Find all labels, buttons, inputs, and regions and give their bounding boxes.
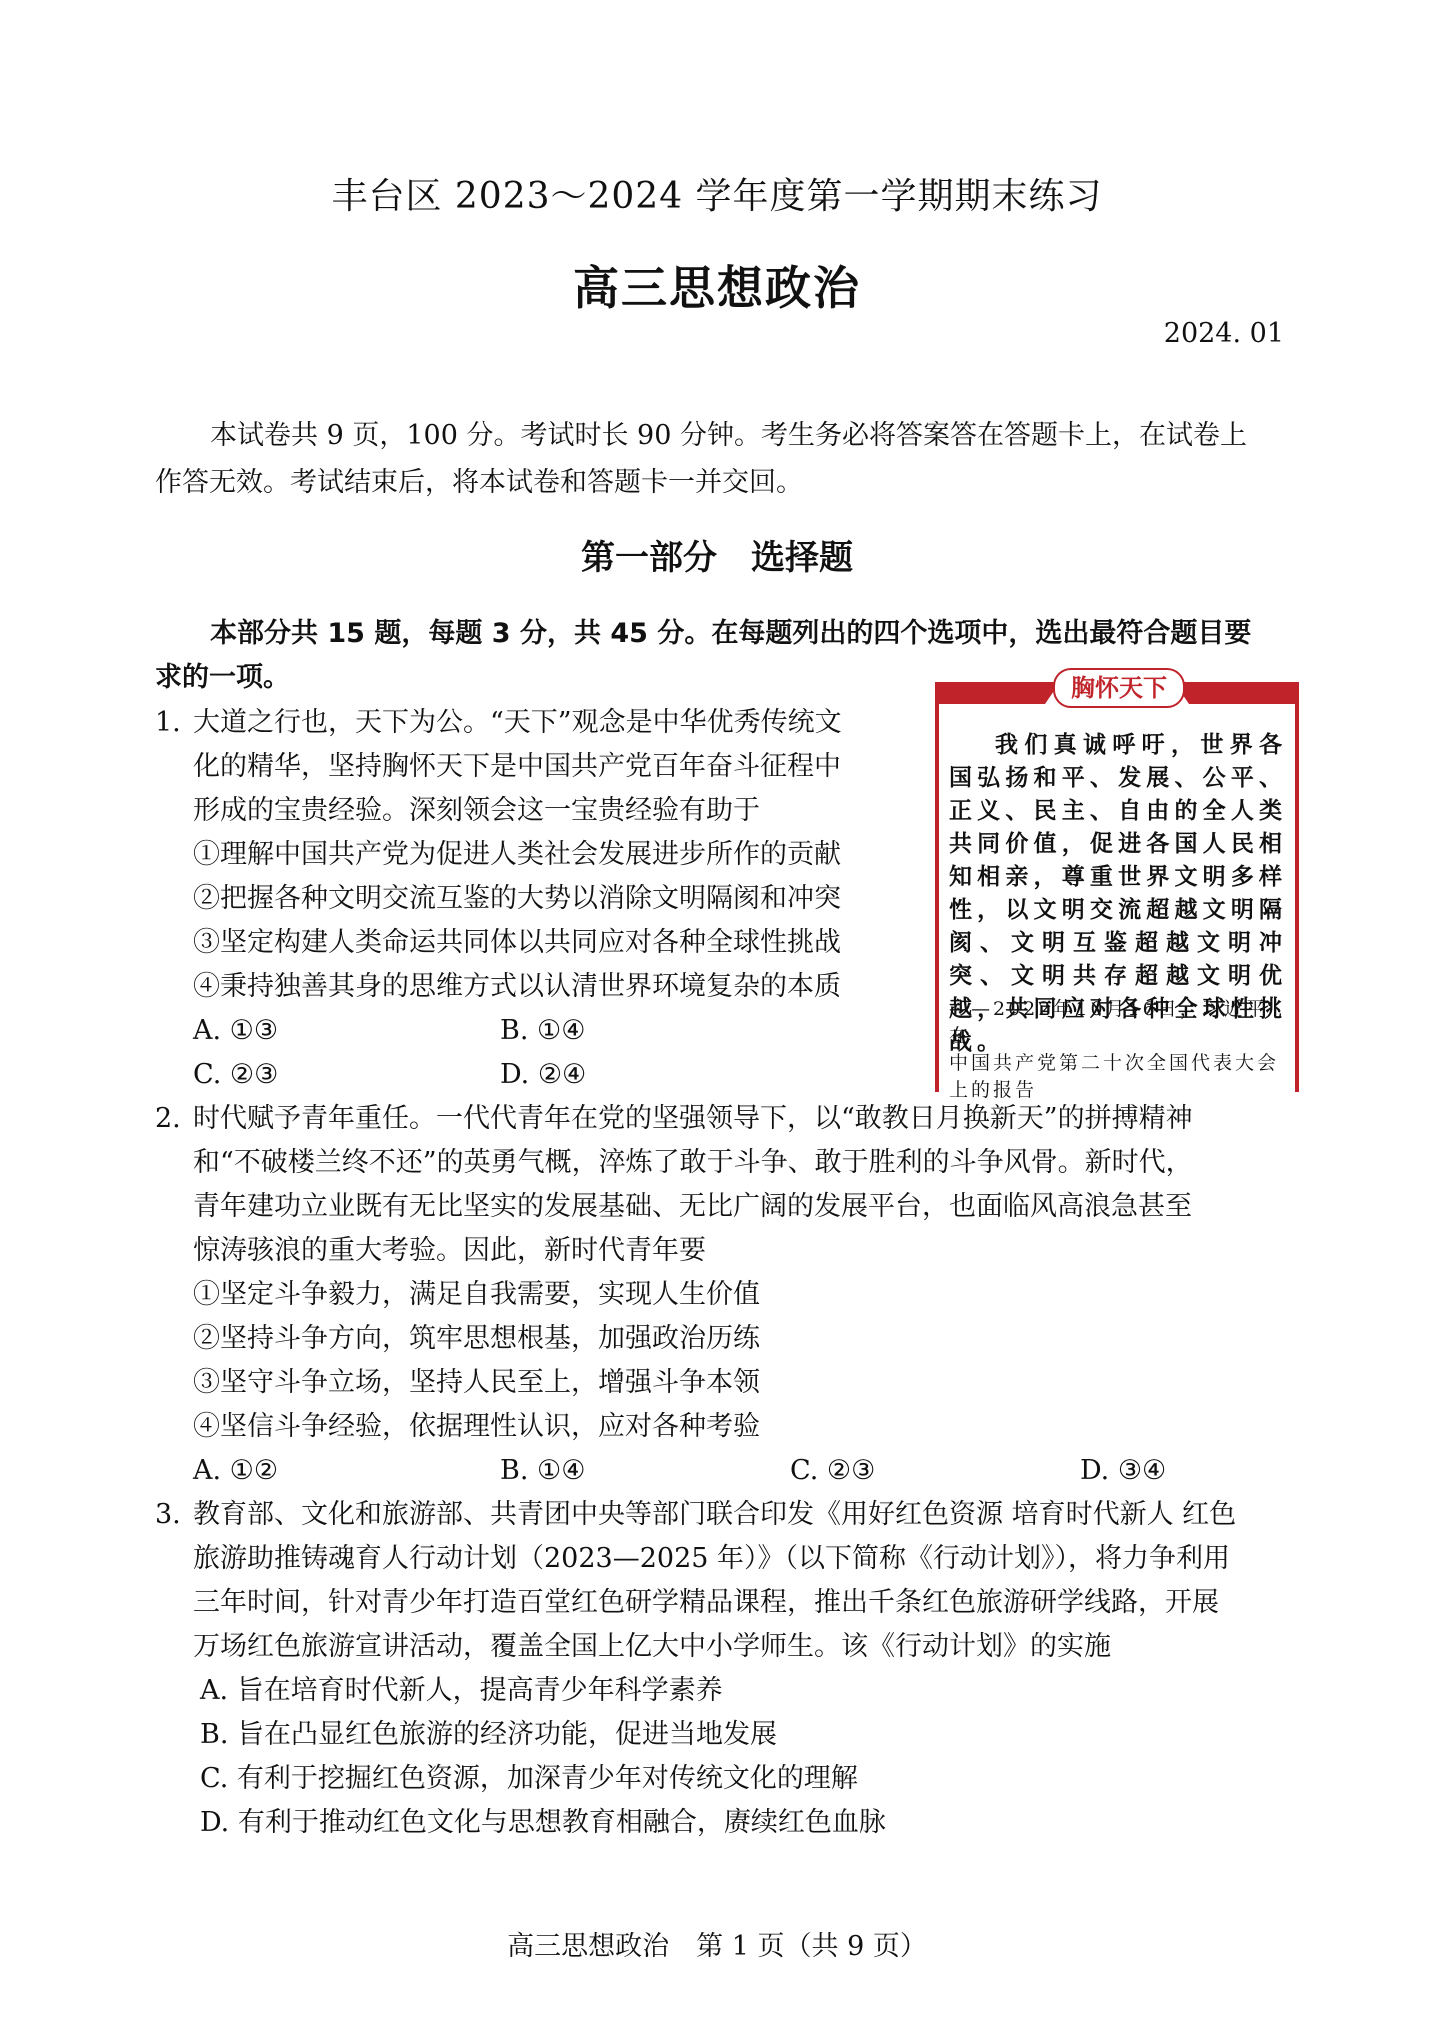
page-footer: 高三思想政治 第 1 页（共 9 页） <box>0 1924 1434 1963</box>
quote-border-right <box>1295 682 1299 1092</box>
quote-source-line-2: 中国共产党第二十次全国代表大会 <box>949 1050 1287 1077</box>
question-stem-line: 化的精华，坚持胸怀天下是中国共产党百年奋斗征程中 <box>193 745 841 789</box>
question-number: 1. <box>155 701 181 745</box>
quote-source-line-1: ——2022年10月16日，习近平在 <box>949 996 1287 1050</box>
section-title: 第一部分 选择题 <box>0 530 1434 579</box>
quote-sidebar: 我们真诚呼吁，世界各国弘扬和平、发展、公平、正义、民主、自由的全人类共同价值，促… <box>935 682 1299 1092</box>
question-stem-line: 大道之行也，天下为公。“天下”观念是中华优秀传统文 <box>193 701 842 745</box>
statement-1: ①坚定斗争毅力，满足自我需要，实现人生价值 <box>193 1273 760 1317</box>
statement-3: ③坚守斗争立场，坚持人民至上，增强斗争本领 <box>193 1361 760 1405</box>
question-stem-line: 和“不破楼兰终不还”的英勇气概，淬炼了敢于斗争、敢于胜利的斗争风骨。新时代， <box>193 1141 1193 1185</box>
option-d[interactable]: D. ③④ <box>1080 1449 1166 1493</box>
quote-tag: 胸怀天下 <box>1053 668 1185 708</box>
option-a[interactable]: A. 旨在培育时代新人，提高青少年科学素养 <box>200 1669 723 1713</box>
question-number: 2. <box>155 1097 181 1141</box>
option-b[interactable]: B. ①④ <box>500 1449 585 1493</box>
option-b[interactable]: B. ①④ <box>500 1009 585 1053</box>
exam-header-title: 丰台区 2023～2024 学年度第一学期期末练习 <box>0 168 1434 219</box>
option-d[interactable]: D. ②④ <box>500 1053 586 1097</box>
statement-1: ①理解中国共产党为促进人类社会发展进步所作的贡献 <box>193 833 841 877</box>
question-stem-line: 惊涛骇浪的重大考验。因此，新时代青年要 <box>193 1229 706 1273</box>
quote-body: 我们真诚呼吁，世界各国弘扬和平、发展、公平、正义、民主、自由的全人类共同价值，促… <box>939 704 1295 1092</box>
option-b[interactable]: B. 旨在凸显红色旅游的经济功能，促进当地发展 <box>200 1713 777 1757</box>
question-stem-line: 三年时间，针对青少年打造百堂红色研学精品课程，推出千条红色旅游研学线路，开展 <box>193 1581 1219 1625</box>
question-stem-line: 旅游助推铸魂育人行动计划（2023—2025 年）》（以下简称《行动计划》），将… <box>193 1537 1230 1581</box>
statement-2: ②坚持斗争方向，筑牢思想根基，加强政治历练 <box>193 1317 760 1361</box>
question-stem-line: 万场红色旅游宣讲活动，覆盖全国上亿大中小学师生。该《行动计划》的实施 <box>193 1625 1111 1669</box>
statement-4: ④坚信斗争经验，依据理性认识，应对各种考验 <box>193 1405 760 1449</box>
exam-date: 2024. 01 <box>1164 318 1284 349</box>
statement-4: ④秉持独善其身的思维方式以认清世界环境复杂的本质 <box>193 965 841 1009</box>
question-number: 3. <box>155 1493 181 1537</box>
option-a[interactable]: A. ①② <box>193 1449 278 1493</box>
question-stem-line: 青年建功立业既有无比坚实的发展基础、无比广阔的发展平台，也面临风高浪急甚至 <box>193 1185 1192 1229</box>
instructions-line-2: 作答无效。考试结束后，将本试卷和答题卡一并交回。 <box>155 461 803 505</box>
question-stem-line: 形成的宝贵经验。深刻领会这一宝贵经验有助于 <box>193 789 760 833</box>
option-c[interactable]: C. ②③ <box>193 1053 278 1097</box>
question-stem-line: 教育部、文化和旅游部、共青团中央等部门联合印发《用好红色资源 培育时代新人 红色 <box>193 1493 1236 1537</box>
quote-band-right <box>1174 682 1299 704</box>
statement-3: ③坚定构建人类命运共同体以共同应对各种全球性挑战 <box>193 921 841 965</box>
option-a[interactable]: A. ①③ <box>193 1009 278 1053</box>
question-stem-line: 时代赋予青年重任。一代代青年在党的坚强领导下，以“敢教日月换新天”的拼搏精神 <box>193 1097 1193 1141</box>
statement-2: ②把握各种文明交流互鉴的大势以消除文明隔阂和冲突 <box>193 877 841 921</box>
option-c[interactable]: C. 有利于挖掘红色资源，加深青少年对传统文化的理解 <box>200 1757 858 1801</box>
section-intro-line-2: 求的一项。 <box>155 656 290 700</box>
option-d[interactable]: D. 有利于推动红色文化与思想教育相融合，赓续红色血脉 <box>200 1801 886 1845</box>
quote-source: ——2022年10月16日，习近平在 中国共产党第二十次全国代表大会 上的报告 <box>949 996 1287 1104</box>
section-intro-line-1: 本部分共 15 题，每题 3 分，共 45 分。在每题列出的四个选项中，选出最符… <box>210 612 1251 656</box>
subject-title: 高三思想政治 <box>0 252 1434 318</box>
option-c[interactable]: C. ②③ <box>790 1449 875 1493</box>
instructions-line-1: 本试卷共 9 页，100 分。考试时长 90 分钟。考生务必将答案答在答题卡上，… <box>210 414 1247 458</box>
quote-band-left <box>935 682 1060 704</box>
